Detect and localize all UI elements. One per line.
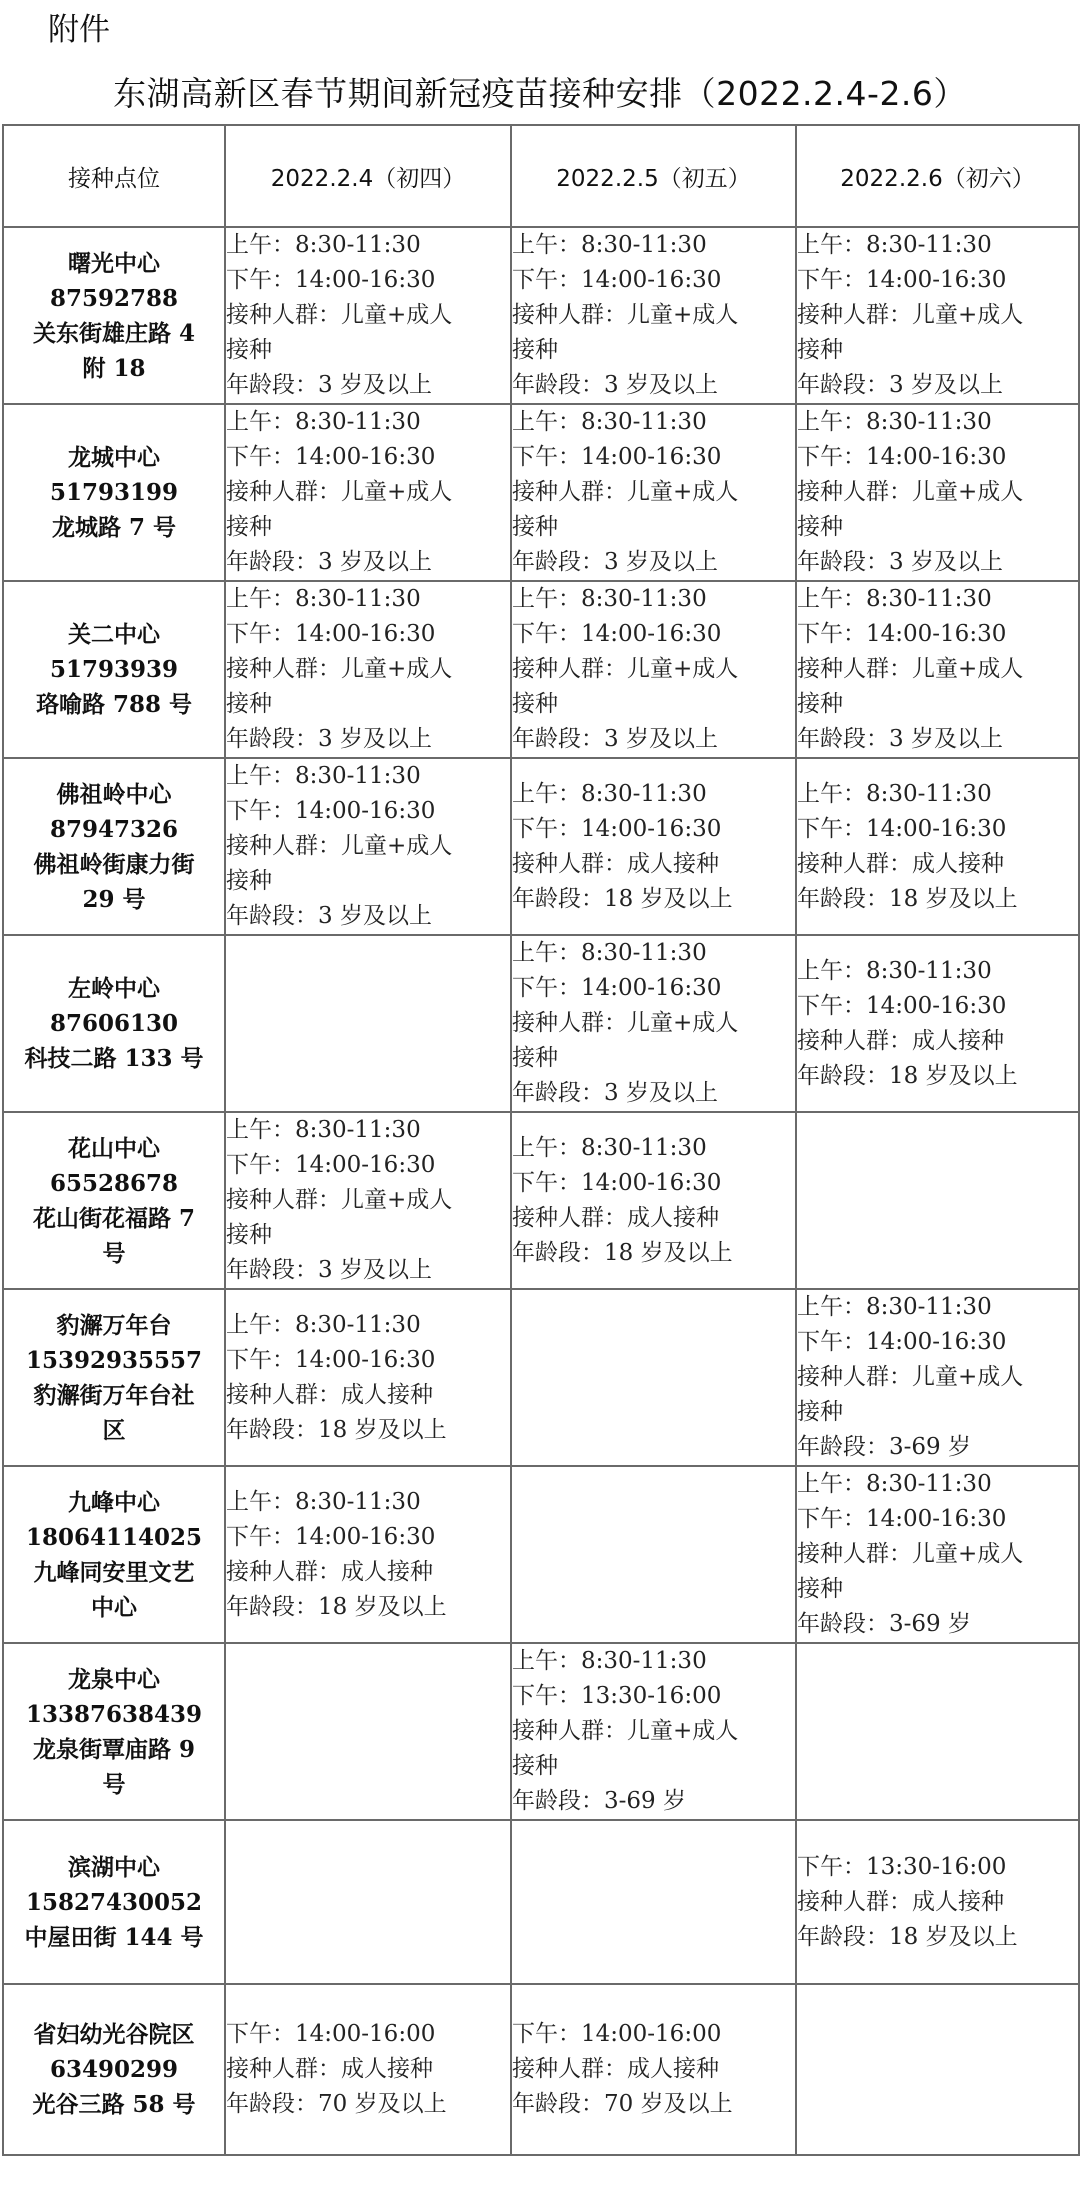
schedule-line: 接种 — [512, 1041, 795, 1076]
table-row: 滨湖中心15827430052中屋田街 144 号下午：13:30-16:00接… — [3, 1820, 1079, 1984]
schedule-line: 上午：8:30-11:30 — [797, 1290, 1078, 1325]
schedule-line: 上午：8:30-11:30 — [797, 228, 1078, 263]
schedule-line: 接种人群：儿童+成人 — [512, 475, 795, 510]
schedule-cell-day-2 — [511, 1466, 796, 1643]
schedule-line: 上午：8:30-11:30 — [226, 228, 510, 263]
site-cell: 左岭中心87606130科技二路 133 号 — [3, 935, 225, 1112]
schedule-line: 年龄段：18 岁及以上 — [797, 1059, 1078, 1094]
schedule-cell-day-1: 上午：8:30-11:30下午：14:00-16:30接种人群：成人接种年龄段：… — [225, 1289, 511, 1466]
schedule-cell-day-2: 上午：8:30-11:30下午：14:00-16:30接种人群：成人接种年龄段：… — [511, 758, 796, 935]
schedule-line: 上午：8:30-11:30 — [226, 759, 510, 794]
page-title: 东湖高新区春节期间新冠疫苗接种安排（2022.2.4-2.6） — [0, 68, 1080, 115]
table-row: 关二中心51793939珞喻路 788 号上午：8:30-11:30下午：14:… — [3, 581, 1079, 758]
site-phone: 13387638439 — [4, 1697, 224, 1732]
schedule-line: 接种人群：成人接种 — [797, 1024, 1078, 1059]
schedule-line: 接种 — [797, 1395, 1078, 1430]
schedule-line: 年龄段：18 岁及以上 — [512, 882, 795, 917]
site-name: 滨湖中心 — [4, 1850, 224, 1885]
site-cell: 滨湖中心15827430052中屋田街 144 号 — [3, 1820, 225, 1984]
schedule-line: 接种人群：儿童+成人 — [226, 652, 510, 687]
site-phone: 51793199 — [4, 475, 224, 510]
schedule-line: 接种人群：儿童+成人 — [797, 298, 1078, 333]
schedule-cell-day-3 — [796, 1643, 1079, 1820]
schedule-line: 下午：14:00-16:00 — [512, 2017, 795, 2052]
schedule-line: 下午：14:00-16:30 — [797, 1502, 1078, 1537]
schedule-line: 接种人群：成人接种 — [512, 2052, 795, 2087]
schedule-line: 年龄段：18 岁及以上 — [512, 1236, 795, 1271]
site-cell: 花山中心65528678花山街花福路 7号 — [3, 1112, 225, 1289]
site-phone: 63490299 — [4, 2052, 224, 2087]
schedule-line: 下午：14:00-16:30 — [797, 1325, 1078, 1360]
schedule-line: 上午：8:30-11:30 — [797, 405, 1078, 440]
schedule-line: 上午：8:30-11:30 — [226, 1485, 510, 1520]
site-cell: 龙泉中心13387638439龙泉街覃庙路 9号 — [3, 1643, 225, 1820]
site-address-line: 龙城路 7 号 — [4, 510, 224, 545]
schedule-line: 年龄段：70 岁及以上 — [512, 2087, 795, 2122]
schedule-cell-day-1 — [225, 935, 511, 1112]
schedule-line: 年龄段：18 岁及以上 — [797, 1920, 1078, 1955]
schedule-line: 年龄段：70 岁及以上 — [226, 2087, 510, 2122]
schedule-cell-day-3: 上午：8:30-11:30下午：14:00-16:30接种人群：成人接种年龄段：… — [796, 935, 1079, 1112]
schedule-cell-day-1: 上午：8:30-11:30下午：14:00-16:30接种人群：儿童+成人接种年… — [225, 758, 511, 935]
schedule-line: 年龄段：3 岁及以上 — [797, 368, 1078, 403]
schedule-cell-day-3 — [796, 1984, 1079, 2155]
schedule-cell-day-3 — [796, 1112, 1079, 1289]
schedule-line: 接种 — [226, 864, 510, 899]
schedule-cell-day-3: 上午：8:30-11:30下午：14:00-16:30接种人群：成人接种年龄段：… — [796, 758, 1079, 935]
schedule-line: 下午：14:00-16:30 — [797, 440, 1078, 475]
schedule-cell-day-3: 上午：8:30-11:30下午：14:00-16:30接种人群：儿童+成人接种年… — [796, 1289, 1079, 1466]
site-name: 左岭中心 — [4, 971, 224, 1006]
site-address-line: 中心 — [4, 1590, 224, 1625]
schedule-line: 下午：14:00-16:30 — [512, 440, 795, 475]
schedule-line: 上午：8:30-11:30 — [797, 1467, 1078, 1502]
site-cell: 关二中心51793939珞喻路 788 号 — [3, 581, 225, 758]
schedule-line: 上午：8:30-11:30 — [797, 582, 1078, 617]
schedule-line: 上午：8:30-11:30 — [226, 582, 510, 617]
schedule-line: 接种人群：儿童+成人 — [512, 652, 795, 687]
schedule-line: 下午：14:00-16:30 — [512, 812, 795, 847]
schedule-line: 下午：14:00-16:30 — [226, 440, 510, 475]
schedule-line: 接种人群：儿童+成人 — [512, 1714, 795, 1749]
schedule-line: 上午：8:30-11:30 — [512, 228, 795, 263]
schedule-line: 接种人群：成人接种 — [226, 1378, 510, 1413]
schedule-line: 接种 — [512, 1749, 795, 1784]
site-phone: 15827430052 — [4, 1885, 224, 1920]
site-phone: 87592788 — [4, 281, 224, 316]
site-name: 花山中心 — [4, 1131, 224, 1166]
schedule-line: 接种 — [512, 687, 795, 722]
schedule-line: 年龄段：3 岁及以上 — [512, 1076, 795, 1111]
site-address-line: 号 — [4, 1767, 224, 1802]
schedule-line: 接种人群：成人接种 — [512, 1201, 795, 1236]
site-address-line: 龙泉街覃庙路 9 — [4, 1732, 224, 1767]
site-phone: 51793939 — [4, 652, 224, 687]
schedule-line: 接种 — [512, 333, 795, 368]
schedule-line: 年龄段：18 岁及以上 — [226, 1413, 510, 1448]
schedule-line: 下午：14:00-16:30 — [797, 617, 1078, 652]
schedule-cell-day-3: 上午：8:30-11:30下午：14:00-16:30接种人群：儿童+成人接种年… — [796, 404, 1079, 581]
site-address-line: 附 18 — [4, 351, 224, 386]
schedule-line: 接种人群：儿童+成人 — [797, 1360, 1078, 1395]
site-address-line: 豹澥街万年台社 — [4, 1378, 224, 1413]
site-name: 九峰中心 — [4, 1485, 224, 1520]
schedule-line: 接种人群：成人接种 — [226, 1555, 510, 1590]
schedule-line: 下午：14:00-16:30 — [226, 617, 510, 652]
site-name: 关二中心 — [4, 617, 224, 652]
site-address-line: 花山街花福路 7 — [4, 1201, 224, 1236]
schedule-line: 上午：8:30-11:30 — [512, 777, 795, 812]
schedule-line: 下午：14:00-16:00 — [226, 2017, 510, 2052]
schedule-line: 上午：8:30-11:30 — [797, 777, 1078, 812]
schedule-line: 接种人群：儿童+成人 — [512, 298, 795, 333]
schedule-cell-day-3: 上午：8:30-11:30下午：14:00-16:30接种人群：儿童+成人接种年… — [796, 581, 1079, 758]
site-phone: 65528678 — [4, 1166, 224, 1201]
schedule-cell-day-2: 上午：8:30-11:30下午：14:00-16:30接种人群：儿童+成人接种年… — [511, 935, 796, 1112]
schedule-line: 接种人群：儿童+成人 — [512, 1006, 795, 1041]
schedule-line: 下午：14:00-16:30 — [226, 794, 510, 829]
schedule-line: 下午：14:00-16:30 — [226, 263, 510, 298]
table-row: 九峰中心18064114025九峰同安里文艺中心上午：8:30-11:30下午：… — [3, 1466, 1079, 1643]
schedule-line: 下午：14:00-16:30 — [512, 617, 795, 652]
schedule-line: 接种 — [226, 510, 510, 545]
table-row: 豹澥万年台15392935557豹澥街万年台社区上午：8:30-11:30下午：… — [3, 1289, 1079, 1466]
schedule-line: 上午：8:30-11:30 — [512, 405, 795, 440]
site-address-line: 光谷三路 58 号 — [4, 2087, 224, 2122]
table-row: 花山中心65528678花山街花福路 7号上午：8:30-11:30下午：14:… — [3, 1112, 1079, 1289]
schedule-line: 接种人群：儿童+成人 — [797, 652, 1078, 687]
site-name: 省妇幼光谷院区 — [4, 2017, 224, 2052]
site-cell: 九峰中心18064114025九峰同安里文艺中心 — [3, 1466, 225, 1643]
schedule-line: 年龄段：3 岁及以上 — [797, 722, 1078, 757]
site-address-line: 中屋田街 144 号 — [4, 1920, 224, 1955]
site-address-line: 珞喻路 788 号 — [4, 687, 224, 722]
schedule-line: 下午：13:30-16:00 — [797, 1850, 1078, 1885]
schedule-cell-day-1: 上午：8:30-11:30下午：14:00-16:30接种人群：儿童+成人接种年… — [225, 227, 511, 404]
schedule-line: 年龄段：3 岁及以上 — [512, 368, 795, 403]
schedule-line: 下午：14:00-16:30 — [512, 263, 795, 298]
schedule-cell-day-2: 上午：8:30-11:30下午：14:00-16:30接种人群：儿童+成人接种年… — [511, 227, 796, 404]
schedule-line: 上午：8:30-11:30 — [512, 1131, 795, 1166]
schedule-line: 下午：14:00-16:30 — [797, 812, 1078, 847]
schedule-cell-day-1: 下午：14:00-16:00接种人群：成人接种年龄段：70 岁及以上 — [225, 1984, 511, 2155]
site-phone: 18064114025 — [4, 1520, 224, 1555]
schedule-line: 上午：8:30-11:30 — [512, 1644, 795, 1679]
schedule-cell-day-2 — [511, 1820, 796, 1984]
schedule-line: 年龄段：3 岁及以上 — [226, 545, 510, 580]
schedule-line: 下午：14:00-16:30 — [512, 971, 795, 1006]
schedule-line: 下午：14:00-16:30 — [797, 989, 1078, 1024]
schedule-line: 年龄段：3 岁及以上 — [226, 368, 510, 403]
schedule-line: 接种 — [226, 1218, 510, 1253]
schedule-cell-day-1: 上午：8:30-11:30下午：14:00-16:30接种人群：成人接种年龄段：… — [225, 1466, 511, 1643]
schedule-cell-day-3: 上午：8:30-11:30下午：14:00-16:30接种人群：儿童+成人接种年… — [796, 1466, 1079, 1643]
site-address-line: 关东街雄庄路 4 — [4, 316, 224, 351]
schedule-line: 接种 — [797, 510, 1078, 545]
schedule-line: 年龄段：3-69 岁 — [797, 1607, 1078, 1642]
site-name: 佛祖岭中心 — [4, 777, 224, 812]
site-address-line: 29 号 — [4, 882, 224, 917]
header-day-3: 2022.2.6（初六） — [796, 125, 1079, 227]
table-row: 曙光中心87592788关东街雄庄路 4附 18上午：8:30-11:30下午：… — [3, 227, 1079, 404]
site-address-line: 科技二路 133 号 — [4, 1041, 224, 1076]
schedule-line: 年龄段：3 岁及以上 — [512, 722, 795, 757]
schedule-line: 年龄段：3 岁及以上 — [226, 1253, 510, 1288]
site-name: 龙城中心 — [4, 440, 224, 475]
schedule-line: 上午：8:30-11:30 — [226, 1113, 510, 1148]
site-cell: 佛祖岭中心87947326佛祖岭街康力街29 号 — [3, 758, 225, 935]
table-row: 龙泉中心13387638439龙泉街覃庙路 9号上午：8:30-11:30下午：… — [3, 1643, 1079, 1820]
schedule-line: 接种 — [797, 687, 1078, 722]
schedule-line: 年龄段：3-69 岁 — [512, 1784, 795, 1819]
schedule-line: 年龄段：18 岁及以上 — [797, 882, 1078, 917]
schedule-cell-day-1: 上午：8:30-11:30下午：14:00-16:30接种人群：儿童+成人接种年… — [225, 404, 511, 581]
schedule-line: 接种人群：儿童+成人 — [797, 475, 1078, 510]
schedule-line: 年龄段：3 岁及以上 — [512, 545, 795, 580]
schedule-line: 上午：8:30-11:30 — [512, 936, 795, 971]
site-name: 龙泉中心 — [4, 1662, 224, 1697]
schedule-line: 下午：13:30-16:00 — [512, 1679, 795, 1714]
site-name: 豹澥万年台 — [4, 1308, 224, 1343]
header-day-1: 2022.2.4（初四） — [225, 125, 511, 227]
schedule-line: 上午：8:30-11:30 — [512, 582, 795, 617]
schedule-cell-day-2: 上午：8:30-11:30下午：13:30-16:00接种人群：儿童+成人接种年… — [511, 1643, 796, 1820]
table-row: 佛祖岭中心87947326佛祖岭街康力街29 号上午：8:30-11:30下午：… — [3, 758, 1079, 935]
site-address-line: 佛祖岭街康力街 — [4, 847, 224, 882]
schedule-line: 下午：14:00-16:30 — [797, 263, 1078, 298]
schedule-line: 接种 — [512, 510, 795, 545]
schedule-cell-day-2 — [511, 1289, 796, 1466]
schedule-line: 上午：8:30-11:30 — [226, 405, 510, 440]
site-phone: 87606130 — [4, 1006, 224, 1041]
schedule-cell-day-2: 上午：8:30-11:30下午：14:00-16:30接种人群：儿童+成人接种年… — [511, 404, 796, 581]
schedule-line: 接种 — [226, 333, 510, 368]
site-phone: 15392935557 — [4, 1343, 224, 1378]
site-address-line: 九峰同安里文艺 — [4, 1555, 224, 1590]
site-cell: 省妇幼光谷院区63490299光谷三路 58 号 — [3, 1984, 225, 2155]
schedule-line: 接种人群：成人接种 — [797, 1885, 1078, 1920]
schedule-line: 接种 — [797, 1572, 1078, 1607]
schedule-cell-day-1: 上午：8:30-11:30下午：14:00-16:30接种人群：儿童+成人接种年… — [225, 581, 511, 758]
site-cell: 豹澥万年台15392935557豹澥街万年台社区 — [3, 1289, 225, 1466]
schedule-line: 接种人群：成人接种 — [226, 2052, 510, 2087]
schedule-line: 下午：14:00-16:30 — [226, 1520, 510, 1555]
vaccination-schedule-table: 接种点位 2022.2.4（初四） 2022.2.5（初五） 2022.2.6（… — [2, 124, 1080, 2156]
schedule-line: 接种人群：儿童+成人 — [226, 475, 510, 510]
schedule-cell-day-2: 上午：8:30-11:30下午：14:00-16:30接种人群：儿童+成人接种年… — [511, 581, 796, 758]
schedule-cell-day-2: 上午：8:30-11:30下午：14:00-16:30接种人群：成人接种年龄段：… — [511, 1112, 796, 1289]
schedule-line: 接种 — [226, 687, 510, 722]
schedule-line: 下午：14:00-16:30 — [512, 1166, 795, 1201]
schedule-line: 年龄段：3-69 岁 — [797, 1430, 1078, 1465]
schedule-line: 年龄段：3 岁及以上 — [226, 899, 510, 934]
site-name: 曙光中心 — [4, 246, 224, 281]
schedule-line: 接种人群：儿童+成人 — [797, 1537, 1078, 1572]
schedule-line: 年龄段：3 岁及以上 — [797, 545, 1078, 580]
site-phone: 87947326 — [4, 812, 224, 847]
schedule-line: 下午：14:00-16:30 — [226, 1148, 510, 1183]
schedule-line: 上午：8:30-11:30 — [797, 954, 1078, 989]
schedule-line: 年龄段：18 岁及以上 — [226, 1590, 510, 1625]
schedule-cell-day-3: 下午：13:30-16:00接种人群：成人接种年龄段：18 岁及以上 — [796, 1820, 1079, 1984]
header-day-2: 2022.2.5（初五） — [511, 125, 796, 227]
header-site: 接种点位 — [3, 125, 225, 227]
schedule-line: 年龄段：3 岁及以上 — [226, 722, 510, 757]
site-cell: 龙城中心51793199龙城路 7 号 — [3, 404, 225, 581]
schedule-cell-day-1 — [225, 1643, 511, 1820]
schedule-line: 接种人群：成人接种 — [797, 847, 1078, 882]
schedule-cell-day-2: 下午：14:00-16:00接种人群：成人接种年龄段：70 岁及以上 — [511, 1984, 796, 2155]
schedule-line: 接种人群：儿童+成人 — [226, 829, 510, 864]
schedule-cell-day-3: 上午：8:30-11:30下午：14:00-16:30接种人群：儿童+成人接种年… — [796, 227, 1079, 404]
site-cell: 曙光中心87592788关东街雄庄路 4附 18 — [3, 227, 225, 404]
site-address-line: 区 — [4, 1413, 224, 1448]
table-row: 左岭中心87606130科技二路 133 号上午：8:30-11:30下午：14… — [3, 935, 1079, 1112]
schedule-line: 接种人群：成人接种 — [512, 847, 795, 882]
table-header-row: 接种点位 2022.2.4（初四） 2022.2.5（初五） 2022.2.6（… — [3, 125, 1079, 227]
schedule-line: 下午：14:00-16:30 — [226, 1343, 510, 1378]
schedule-cell-day-1 — [225, 1820, 511, 1984]
site-address-line: 号 — [4, 1236, 224, 1271]
schedule-line: 接种人群：儿童+成人 — [226, 298, 510, 333]
attachment-label: 附件 — [48, 4, 110, 49]
schedule-line: 接种人群：儿童+成人 — [226, 1183, 510, 1218]
table-row: 省妇幼光谷院区63490299光谷三路 58 号下午：14:00-16:00接种… — [3, 1984, 1079, 2155]
table-row: 龙城中心51793199龙城路 7 号上午：8:30-11:30下午：14:00… — [3, 404, 1079, 581]
schedule-cell-day-1: 上午：8:30-11:30下午：14:00-16:30接种人群：儿童+成人接种年… — [225, 1112, 511, 1289]
schedule-line: 接种 — [797, 333, 1078, 368]
schedule-line: 上午：8:30-11:30 — [226, 1308, 510, 1343]
